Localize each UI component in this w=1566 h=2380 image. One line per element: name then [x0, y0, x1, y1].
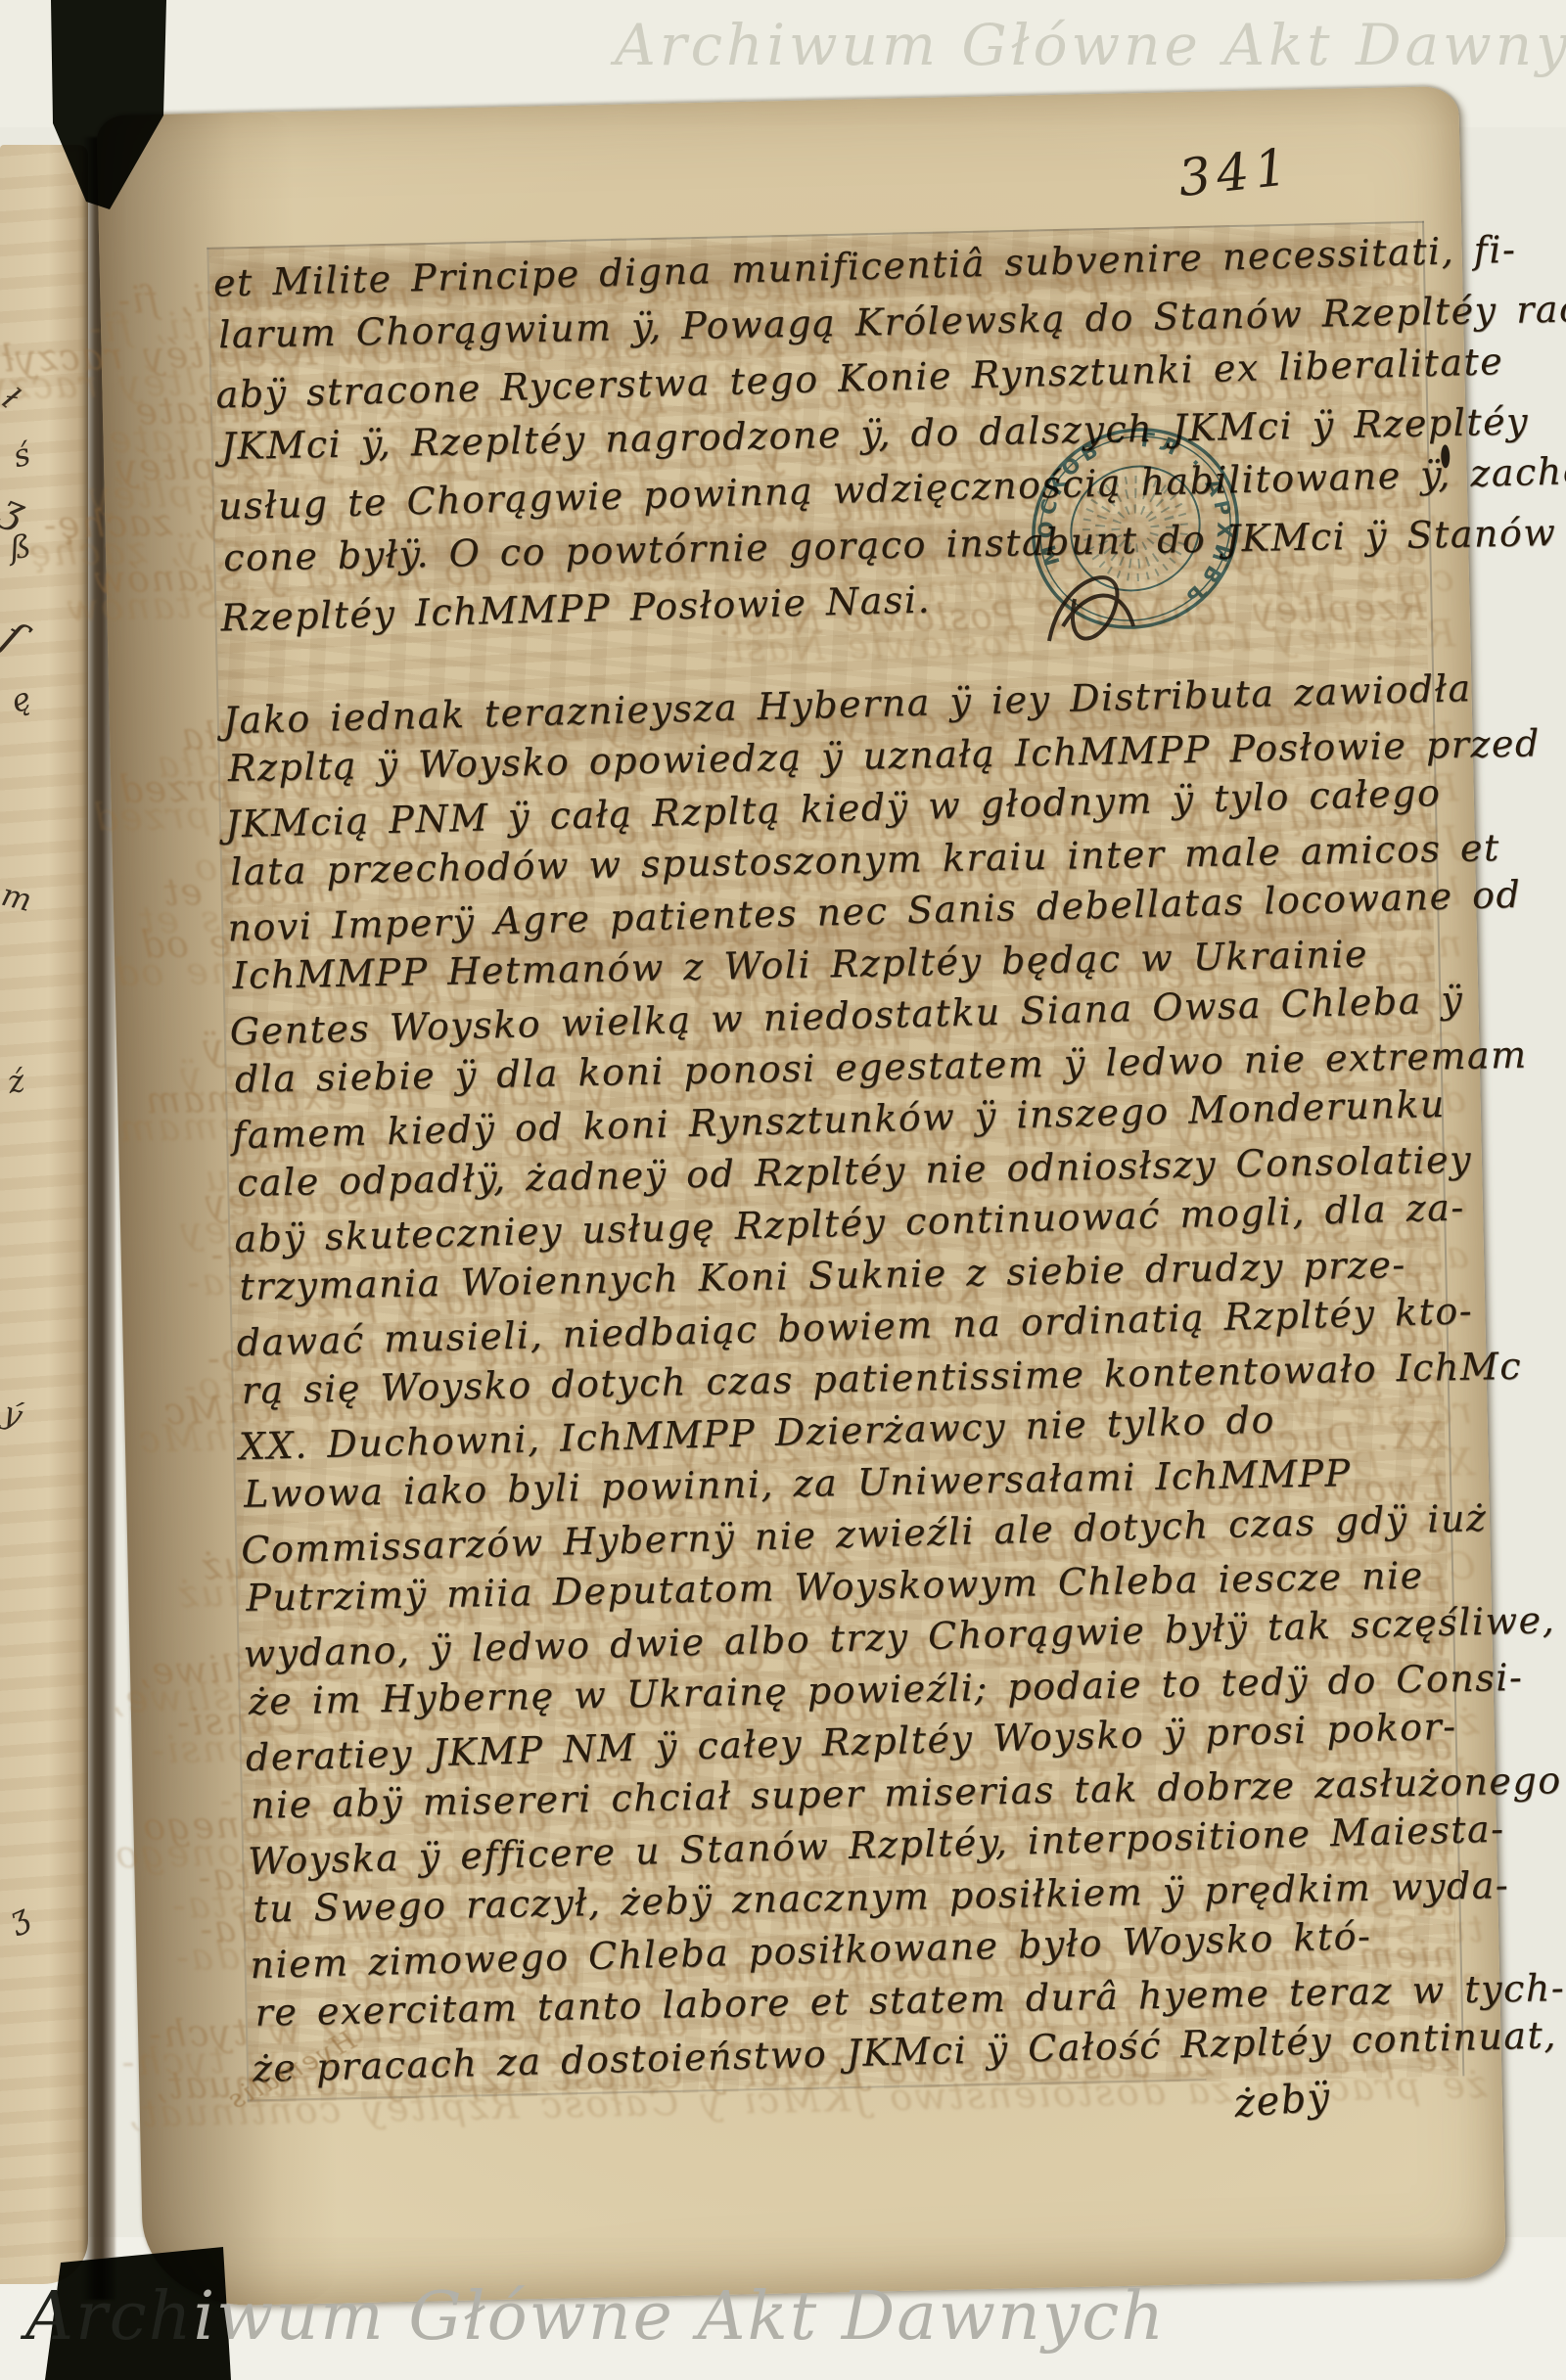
- ink-fragment: ź: [5, 1062, 27, 1101]
- folio-number: 341: [1175, 138, 1296, 208]
- facing-page-edge: łśʒßſęmźýʒ: [0, 145, 88, 2284]
- watermark-bottom-light: iwum Główne Akt Dawnych: [194, 2278, 1167, 2356]
- ink-fragment: ę: [6, 679, 36, 720]
- manuscript-page: et Milite Principe digna munificentiâ su…: [96, 86, 1506, 2308]
- ink-fragment: ʒ: [3, 1897, 34, 1938]
- ink-fragment: ś: [10, 435, 34, 476]
- watermark-bottom: Archiwum Główne Akt Dawnych: [25, 2278, 1166, 2356]
- ink-fragment: ſ: [0, 612, 31, 663]
- paragraph-2: Jako iednak teraznieysza Hyberna ÿ iey D…: [222, 666, 1458, 2093]
- handwritten-text: et Milite Principe digna munificentiâ su…: [212, 227, 1459, 2141]
- ink-fragment: m: [0, 876, 35, 919]
- edge-ink-spot: [1441, 444, 1451, 468]
- text-block: et Milite Principe digna munificentiâ su…: [212, 227, 1459, 2141]
- catchword: żebÿ: [1232, 2075, 1332, 2127]
- archive-scan-canvas: Archiwum Główne Akt Dawnych łśʒßſęmźýʒ e…: [0, 0, 1566, 2380]
- watermark-top: Archiwum Główne Akt Dawnych: [615, 12, 1566, 78]
- watermark-bottom-dark: Arch: [25, 2278, 194, 2356]
- ink-fragment: ý: [0, 1394, 27, 1435]
- paragraph-1: et Milite Principe digna munificentiâ su…: [212, 227, 1426, 644]
